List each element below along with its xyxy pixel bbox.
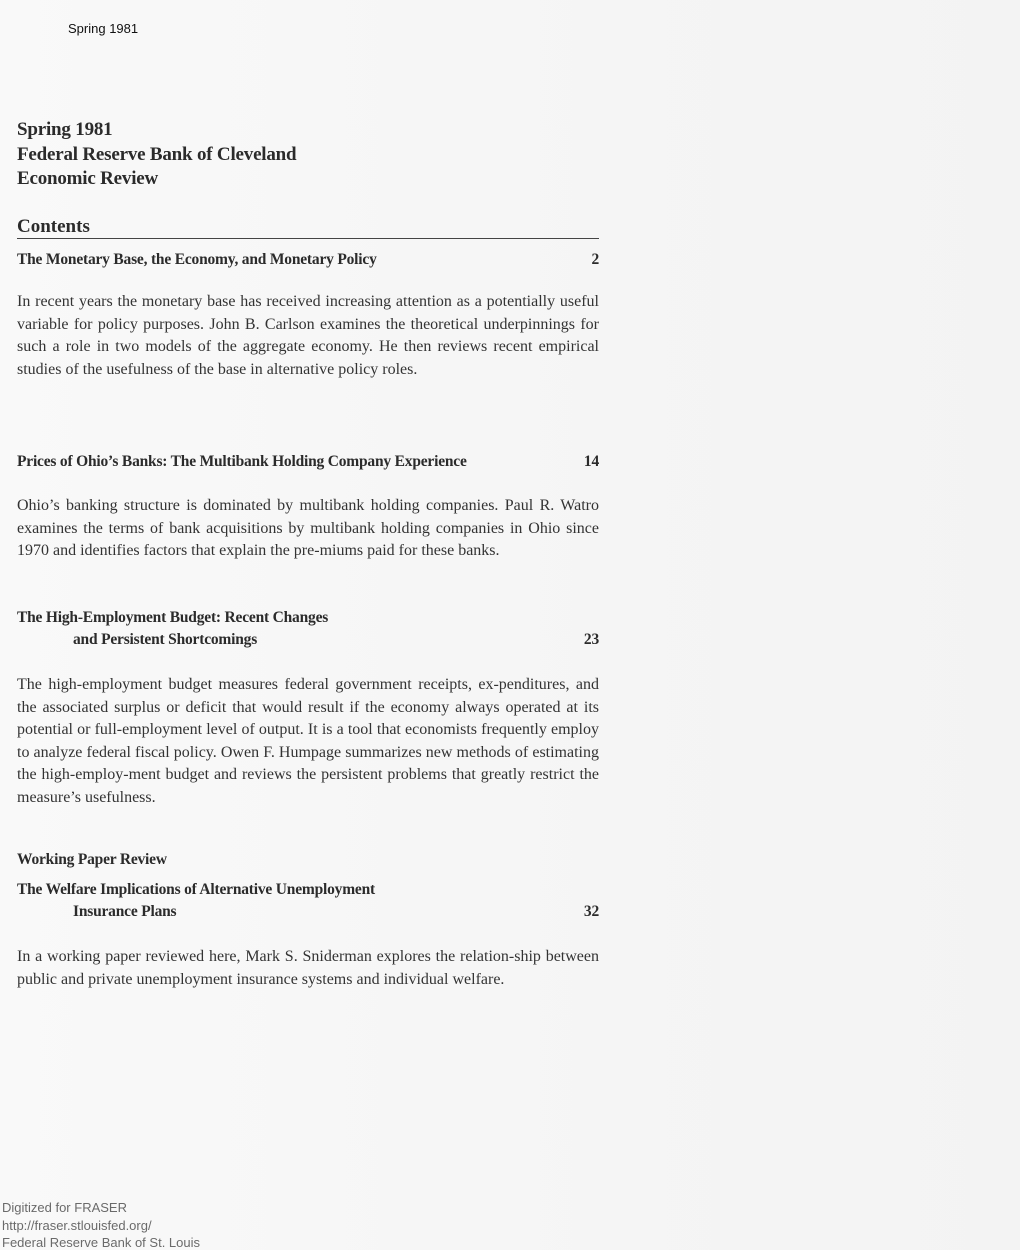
toc-page-number: 14 [584, 451, 599, 473]
contents-rule [17, 238, 599, 239]
toc-entry-abstract: In a working paper reviewed here, Mark S… [17, 946, 599, 991]
toc-page-number: 2 [591, 249, 599, 271]
toc-entry-title[interactable]: The High-Employment Budget: Recent Chang… [17, 607, 599, 651]
masthead-publication: Economic Review [17, 167, 296, 192]
contents-heading: Contents [17, 216, 90, 238]
section-label: Working Paper Review [17, 851, 167, 869]
masthead-publisher: Federal Reserve Bank of Cleveland [17, 143, 296, 168]
masthead-issue: Spring 1981 [17, 118, 296, 143]
toc-entry-abstract: The high-employment budget measures fede… [17, 674, 599, 809]
toc-entry-title[interactable]: The Monetary Base, the Economy, and Mone… [17, 249, 599, 271]
toc-page-number: 32 [584, 901, 599, 923]
running-header: Spring 1981 [68, 21, 138, 36]
footer-institution: Federal Reserve Bank of St. Louis [2, 1234, 200, 1250]
toc-entry-abstract: In recent years the monetary base has re… [17, 291, 599, 381]
digitization-footer: Digitized for FRASER http://fraser.stlou… [2, 1199, 200, 1250]
toc-entry-title[interactable]: The Welfare Implications of Alternative … [17, 879, 599, 923]
footer-url[interactable]: http://fraser.stlouisfed.org/ [2, 1217, 200, 1235]
toc-entry-abstract: Ohio’s banking structure is dominated by… [17, 495, 599, 563]
masthead: Spring 1981 Federal Reserve Bank of Clev… [17, 118, 296, 192]
toc-page-number: 23 [584, 629, 599, 651]
toc-entry-title[interactable]: Prices of Ohio’s Banks: The Multibank Ho… [17, 451, 599, 473]
footer-digitized: Digitized for FRASER [2, 1199, 200, 1217]
